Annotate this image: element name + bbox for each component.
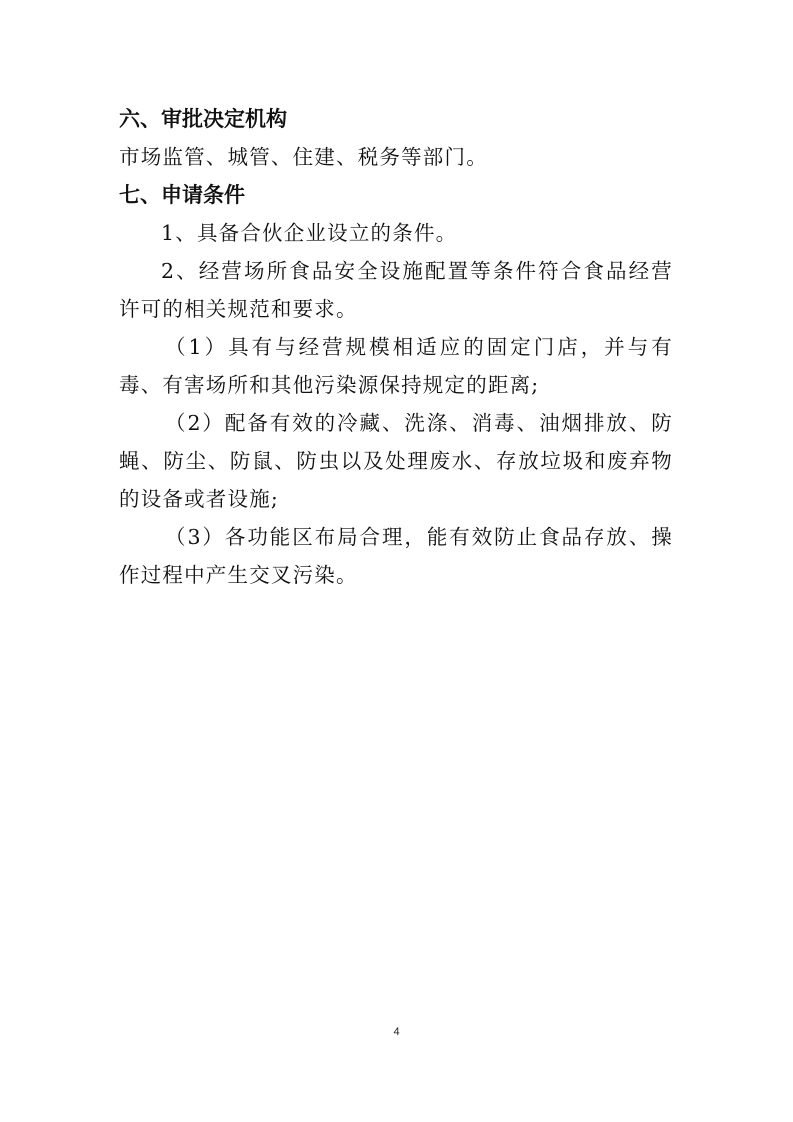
section-heading-application-conditions: 七、申请条件: [119, 176, 673, 214]
page-number: 4: [0, 1026, 793, 1038]
condition-2-sub-1: （1）具有与经营规模相适应的固定门店，并与有毒、有害场所和其他污染源保持规定的距…: [119, 328, 673, 404]
condition-1: 1、具备合伙企业设立的条件。: [119, 214, 673, 252]
condition-2-sub-3: （3）各功能区布局合理，能有效防止食品存放、操作过程中产生交叉污染。: [119, 518, 673, 594]
condition-2-sub-2: （2）配备有效的冷藏、洗涤、消毒、油烟排放、防蝇、防尘、防鼠、防虫以及处理废水、…: [119, 404, 673, 518]
approval-authority-text: 市场监管、城管、住建、税务等部门。: [119, 138, 673, 176]
condition-2: 2、经营场所食品安全设施配置等条件符合食品经营许可的相关规范和要求。: [119, 252, 673, 328]
document-page: 六、审批决定机构 市场监管、城管、住建、税务等部门。 七、申请条件 1、具备合伙…: [119, 100, 673, 594]
section-heading-approval-authority: 六、审批决定机构: [119, 100, 673, 138]
